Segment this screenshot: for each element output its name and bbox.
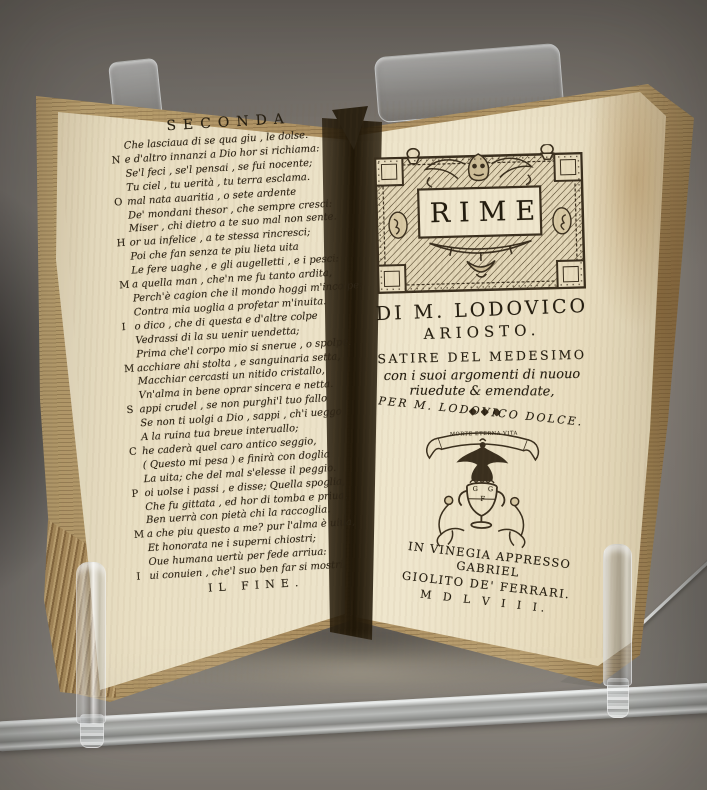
poem-lines: Che lasciaua di se qua giu , le dolse.Ne… xyxy=(111,126,375,584)
cartouche-title: RIME xyxy=(420,188,539,235)
printer-device: MORTE ETERNA VITA G G F xyxy=(414,418,551,550)
acrylic-rod-right xyxy=(603,544,632,686)
title-cartouche: RIME xyxy=(369,143,591,303)
subtitle-argomenti: con i suoi argomenti di nuouo xyxy=(358,367,606,385)
poem-text-block: SECONDA Che lasciaua di se qua giu , le … xyxy=(109,107,375,598)
acrylic-rod-left xyxy=(76,562,106,724)
device-monogram-top: G G xyxy=(462,485,504,494)
device-monogram-bottom: F xyxy=(462,495,504,504)
photo-scene: SECONDA Che lasciaua di se qua giu , le … xyxy=(0,0,707,790)
